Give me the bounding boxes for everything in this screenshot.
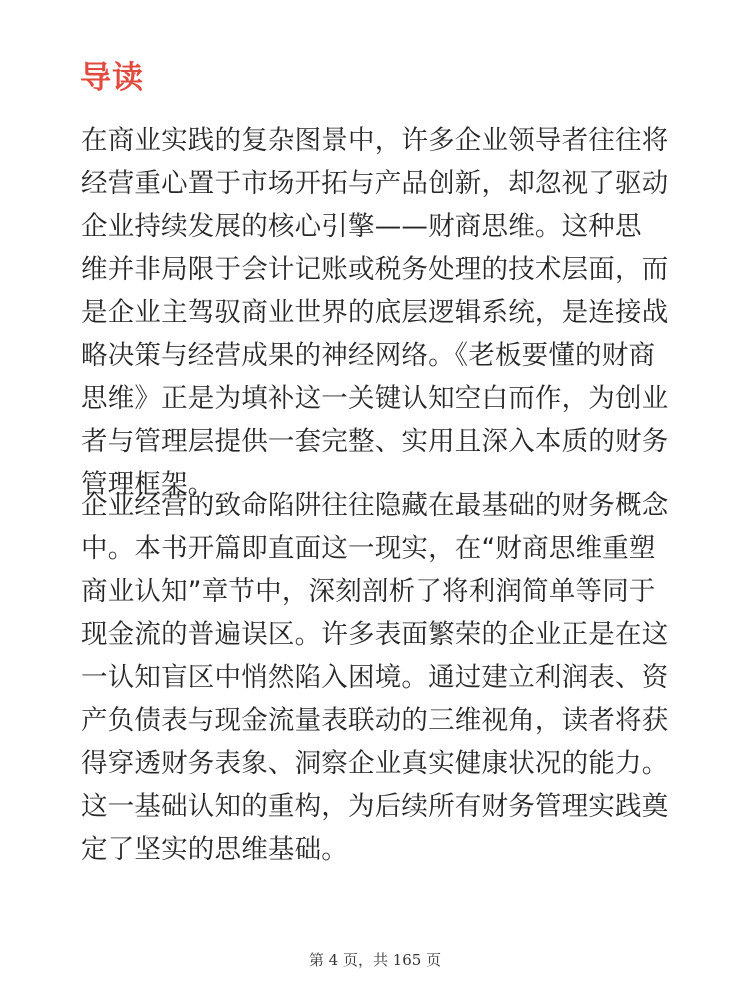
page-indicator: 第 4 页，共 165 页 xyxy=(0,950,750,970)
text-line: 者与管理层提供一套完整、实用且深入本质的财务 xyxy=(81,420,681,463)
paragraph-1: 在商业实践的复杂图景中，许多企业领导者往往将 经营重心置于市场开拓与产品创新，却… xyxy=(81,119,681,506)
text-line: 是企业主驾驭商业世界的底层逻辑系统，是连接战 xyxy=(81,291,681,334)
text-line: 略决策与经营成果的神经网络。《老板要懂的财商 xyxy=(81,334,681,377)
text-line: 中。本书开篇即直面这一现实，在“财商思维重塑 xyxy=(81,527,681,570)
text-line: 企业经营的致命陷阱往往隐藏在最基础的财务概念 xyxy=(81,484,681,527)
text-line: 在商业实践的复杂图景中，许多企业领导者往往将 xyxy=(81,119,681,162)
document-page: 导读 在商业实践的复杂图景中，许多企业领导者往往将 经营重心置于市场开拓与产品创… xyxy=(0,0,750,1000)
section-title: 导读 xyxy=(80,58,144,98)
text-line: 经营重心置于市场开拓与产品创新，却忽视了驱动 xyxy=(81,162,681,205)
text-line: 商业认知”章节中，深刻剖析了将利润简单等同于 xyxy=(81,570,681,613)
text-line: 产负债表与现金流量表联动的三维视角，读者将获 xyxy=(81,699,681,742)
text-line: 现金流的普遍误区。许多表面繁荣的企业正是在这 xyxy=(81,613,681,656)
text-line: 一认知盲区中悄然陷入困境。通过建立利润表、资 xyxy=(81,656,681,699)
text-line: 这一基础认知的重构，为后续所有财务管理实践奠 xyxy=(81,785,681,828)
text-line: 定了坚实的思维基础。 xyxy=(81,828,681,871)
text-line: 得穿透财务表象、洞察企业真实健康状况的能力。 xyxy=(81,742,681,785)
paragraph-2: 企业经营的致命陷阱往往隐藏在最基础的财务概念 中。本书开篇即直面这一现实，在“财… xyxy=(81,484,681,871)
text-line: 企业持续发展的核心引擎——财商思维。这种思 xyxy=(81,205,681,248)
text-line: 维并非局限于会计记账或税务处理的技术层面，而 xyxy=(81,248,681,291)
text-line: 思维》正是为填补这一关键认知空白而作，为创业 xyxy=(81,377,681,420)
